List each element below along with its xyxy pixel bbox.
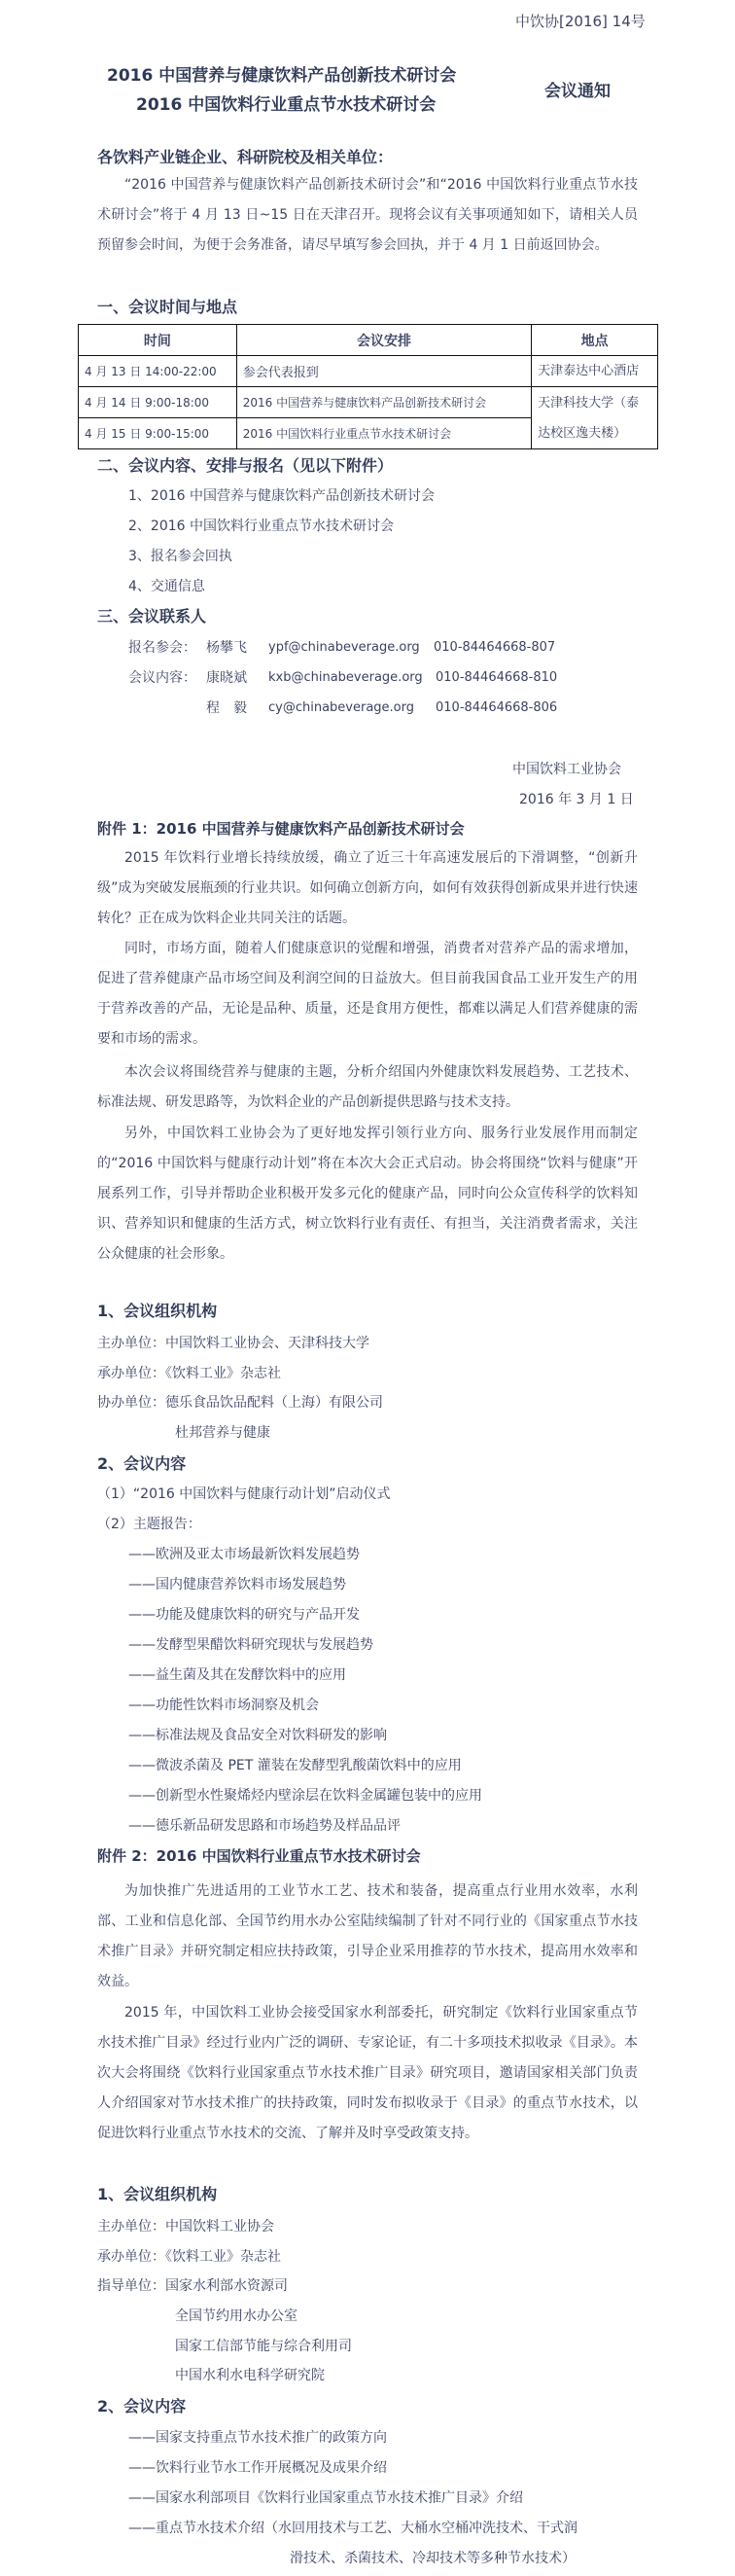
list-item: 1、2016 中国营养与健康饮料产品创新技术研讨会 [128,486,435,506]
row-time: 4 月 13 日 14:00-22:00 [79,356,237,387]
intro-paragraph: “2016 中国营养与健康饮料产品创新技术研讨会”和“2016 中国饮料行业重点… [97,170,638,261]
contact-phone: 010-84464668-806 [436,698,557,718]
salutation: 各饮料产业链企业、科研院校及相关单位： [97,147,393,168]
org-line: 协办单位：德乐食品饮品配料（上海）有限公司 [97,1393,383,1413]
attachment-2-org-heading: 1、会议组织机构 [97,2184,217,2205]
attachment-2-heading: 附件 2：2016 中国饮料行业重点节水技术研讨会 [97,1845,421,1867]
org-line: 承办单位：《饮料工业》杂志社 [97,1364,281,1383]
topic-item: ——国家支持重点节水技术推广的政策方向 [128,2428,387,2448]
row-time: 4 月 14 日 9:00-18:00 [79,387,237,418]
org-line: 主办单位：中国饮料工业协会 [97,2217,274,2236]
section-2-heading: 二、会议内容、安排与报名（见以下附件） [97,455,393,477]
attachment-2-paragraph: 为加快推广先进适用的工业节水工艺、技术和装备，提高重点行业用水效率，水利部、工业… [97,1877,638,1997]
section-1-heading: 一、会议时间与地点 [97,297,237,318]
report-item: ——功能性饮料市场洞察及机会 [128,1696,319,1715]
org-line: 承办单位：《饮料工业》杂志社 [97,2247,281,2267]
section-3-heading: 三、会议联系人 [97,606,206,627]
attachment-1-content-heading: 2、会议内容 [97,1453,186,1475]
row-event: 参会代表报到 [236,356,531,387]
title-line-2: 2016 中国饮料行业重点节水技术研讨会 [136,93,436,117]
list-item: 4、交通信息 [128,577,205,596]
table-row: 4 月 14 日 9:00-18:00 2016 中国营养与健康饮料产品创新技术… [79,387,658,418]
topic-item-continuation: 滑技术、杀菌技术、冷却技术等多种节水技术） [290,2549,576,2568]
schedule-table: 时间 会议安排 地点 4 月 13 日 14:00-22:00 参会代表报到 天… [78,324,658,449]
report-item: ——国内健康营养饮料市场发展趋势 [128,1575,346,1594]
signature-org: 中国饮料工业协会 [512,760,621,779]
attachment-1-org-heading: 1、会议组织机构 [97,1301,217,1322]
topic-item: ——国家水利部项目《饮料行业国家重点节水技术推广目录》介绍 [128,2488,523,2508]
list-item: 2、2016 中国饮料行业重点节水技术研讨会 [128,517,394,536]
report-item: ——微波杀菌及 PET 灌装在发酵型乳酸菌饮料中的应用 [128,1756,462,1775]
report-item: ——功能及健康饮料的研究与产品开发 [128,1605,360,1625]
content-item: （2）主题报告： [97,1515,201,1534]
contact-name: 康晓斌 [206,668,247,688]
content-item: （1）“2016 中国饮料与健康行动计划”启动仪式 [97,1485,391,1504]
report-item: ——德乐新品研发思路和市场趋势及样品品评 [128,1816,401,1836]
report-item: ——标准法规及食品安全对饮料研发的影响 [128,1726,387,1745]
header-event: 会议安排 [236,325,531,356]
list-item: 3、报名参会回执 [128,547,232,566]
org-line: 中国水利水电科学研究院 [175,2366,325,2385]
attachment-2-content-heading: 2、会议内容 [97,2396,186,2417]
report-item: ——发酵型果醋饮料研究现状与发展趋势 [128,1635,373,1655]
row-place: 天津科技大学（泰达校区逸夫楼） [532,387,658,449]
header-time: 时间 [79,325,237,356]
attachment-1-paragraph: 2015 年饮料行业增长持续放缓，确立了近三十年高速发展后的下滑调整，“创新升级… [97,843,638,934]
contact-email[interactable]: ypf@chinabeverage.org [268,638,420,658]
topic-item: ——饮料行业节水工作开展概况及成果介绍 [128,2458,387,2478]
title-line-1: 2016 中国营养与健康饮料产品创新技术研讨会 [107,64,456,88]
topic-item: ——重点节水技术介绍（水回用技术与工艺、大桶水空桶冲洗技术、干式润 [128,2519,577,2538]
report-item: ——益生菌及其在发酵饮料中的应用 [128,1665,346,1685]
org-line: 指导单位：国家水利部水资源司 [97,2276,288,2296]
document-number: 中饮协[2016] 14号 [515,12,646,31]
row-event: 2016 中国营养与健康饮料产品创新技术研讨会 [236,387,531,418]
table-header-row: 时间 会议安排 地点 [79,325,658,356]
row-place: 天津泰达中心酒店 [532,356,658,387]
report-item: ——欧洲及亚太市场最新饮料发展趋势 [128,1545,360,1564]
contact-name: 杨攀飞 [206,638,247,658]
attachment-1-heading: 附件 1：2016 中国营养与健康饮料产品创新技术研讨会 [97,818,465,840]
contact-role: 会议内容： [128,668,196,688]
org-line: 全国节约用水办公室 [175,2307,297,2326]
header-place: 地点 [532,325,658,356]
org-line: 国家工信部节能与综合利用司 [175,2337,352,2356]
contact-role: 报名参会： [128,638,196,658]
org-line: 主办单位：中国饮料工业协会、天津科技大学 [97,1334,369,1353]
contact-phone: 010-84464668-810 [436,668,557,688]
attachment-1-paragraph: 本次会议将围绕营养与健康的主题，分析介绍国内外健康饮料发展趋势、工艺技术、标准法… [97,1057,638,1118]
contact-name: 程 毅 [206,698,247,718]
report-item: ——创新型水性聚烯烃内壁涂层在饮料金属罐包装中的应用 [128,1786,482,1806]
attachment-1-paragraph: 同时，市场方面，随着人们健康意识的觉醒和增强，消费者对营养产品的需求增加，促进了… [97,934,638,1055]
contact-email[interactable]: kxb@chinabeverage.org [268,668,423,688]
notice-label: 会议通知 [544,80,611,103]
table-row: 4 月 13 日 14:00-22:00 参会代表报到 天津泰达中心酒店 [79,356,658,387]
attachment-1-paragraph: 另外，中国饮料工业协会为了更好地发挥引领行业方向、服务行业发展作用而制定的“20… [97,1119,638,1270]
row-time: 4 月 15 日 9:00-15:00 [79,418,237,449]
row-event: 2016 中国饮料行业重点节水技术研讨会 [236,418,531,449]
contact-email[interactable]: cy@chinabeverage.org [268,698,414,718]
attachment-2-paragraph: 2015 年，中国饮料工业协会接受国家水利部委托，研究制定《饮料行业国家重点节水… [97,1998,638,2149]
contact-phone: 010-84464668-807 [434,638,555,658]
org-line: 杜邦营养与健康 [175,1423,270,1443]
signature-date: 2016 年 3 月 1 日 [519,790,634,809]
